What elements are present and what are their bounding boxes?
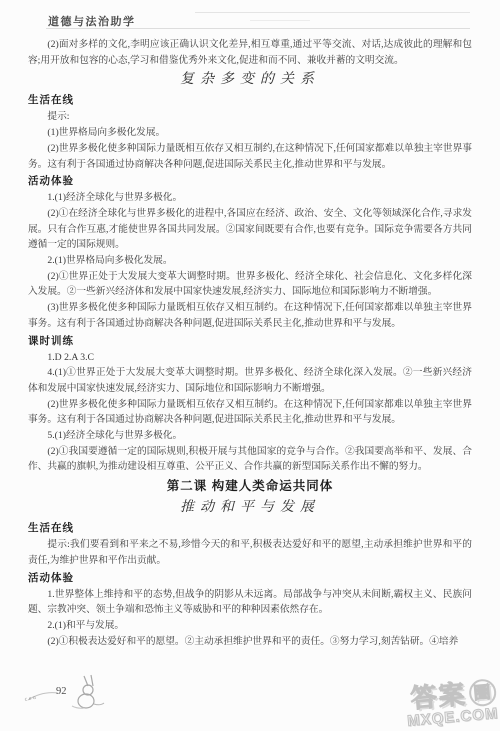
script-head: 推动和平与发展 bbox=[28, 497, 472, 519]
page-number: 92 bbox=[56, 686, 67, 697]
watermark-circled-char: 圈 bbox=[468, 678, 497, 707]
subhead: 生活在线 bbox=[28, 521, 472, 536]
doodle-rabbit-icon: c e u bbox=[22, 670, 112, 714]
subhead: 活动体验 bbox=[28, 571, 472, 586]
svg-text:c e u: c e u bbox=[24, 695, 36, 703]
header-rule bbox=[46, 28, 470, 29]
script-head: 复杂多变的关系 bbox=[28, 69, 472, 91]
lesson-head: 第二课 构建人类命运共同体 bbox=[28, 477, 472, 496]
para: 1.D 2.A 3.C bbox=[28, 350, 472, 366]
para: 1.(1)经济全球化与世界多极化。 bbox=[28, 190, 472, 206]
scan-artifact bbox=[250, 20, 310, 21]
para: 1.世界整体上维持和平的态势,但战争的阴影从未远离。局部战争与冲突从未间断,霸权… bbox=[28, 587, 472, 618]
para: 2.(1)世界格局向多极化发展。 bbox=[28, 253, 472, 269]
scan-artifact bbox=[195, 12, 470, 13]
para: (2)世界多极化使多种国际力量既相互依存又相互制约,在这种情况下,任何国家都难以… bbox=[28, 141, 472, 172]
para: (3)世界多极化使多种国际力量既相互依存又相互制约。在这种情况下,任何国家都难以… bbox=[28, 300, 472, 331]
para: (2)世界多极化使多种国际力量既相互依存又相互制约。在这种情况下,任何国家都难以… bbox=[28, 397, 472, 428]
book-title: 道德与法治助学 bbox=[48, 13, 136, 29]
subhead: 活动体验 bbox=[28, 174, 472, 189]
para: 提示:我们要看到和平来之不易,珍惜今天的和平,积极表达爱好和平的愿望,主动承担维… bbox=[28, 537, 472, 568]
para: 5.(1)经济全球化与世界多极化。 bbox=[28, 428, 472, 444]
para: (2)①积极表达爱好和平的愿望。②主动承担维护世界和平的责任。③努力学习,刻苦钻… bbox=[28, 634, 472, 650]
para: (1)世界格局向多极化发展。 bbox=[28, 125, 472, 141]
para: (2)①世界正处于大发展大变革大调整时期。世界多极化、经济全球化、社会信息化、文… bbox=[28, 269, 472, 300]
page-footer: c e u 92 bbox=[22, 670, 112, 714]
para: 提示: bbox=[28, 109, 472, 125]
para: (2)①我国要遵循一定的国际规则,积极开展与其他国家的竞争与合作。②我国要高举和… bbox=[28, 444, 472, 475]
watermark: 答案圈 MXQE.COM bbox=[404, 677, 499, 730]
para: 4.(1)①世界正处于大发展大变革大调整时期。世界多极化、经济全球化深入发展。②… bbox=[28, 365, 472, 396]
para: (2)①在经济全球化与世界多极化的进程中,各国应在经济、政治、安全、文化等领域深… bbox=[28, 206, 472, 253]
subhead: 课时训练 bbox=[28, 334, 472, 349]
page-content: (2)面对多样的文化,李明应该正确认识文化差异,相互尊重,通过平等交流、对话,达… bbox=[28, 37, 472, 649]
subhead: 生活在线 bbox=[28, 93, 472, 108]
para: 2.(1)和平与发展。 bbox=[28, 618, 472, 634]
scanned-page: 道德与法治助学 (2)面对多样的文化,李明应该正确认识文化差异,相互尊重,通过平… bbox=[0, 0, 500, 731]
para: (2)面对多样的文化,李明应该正确认识文化差异,相互尊重,通过平等交流、对话,达… bbox=[28, 37, 472, 68]
